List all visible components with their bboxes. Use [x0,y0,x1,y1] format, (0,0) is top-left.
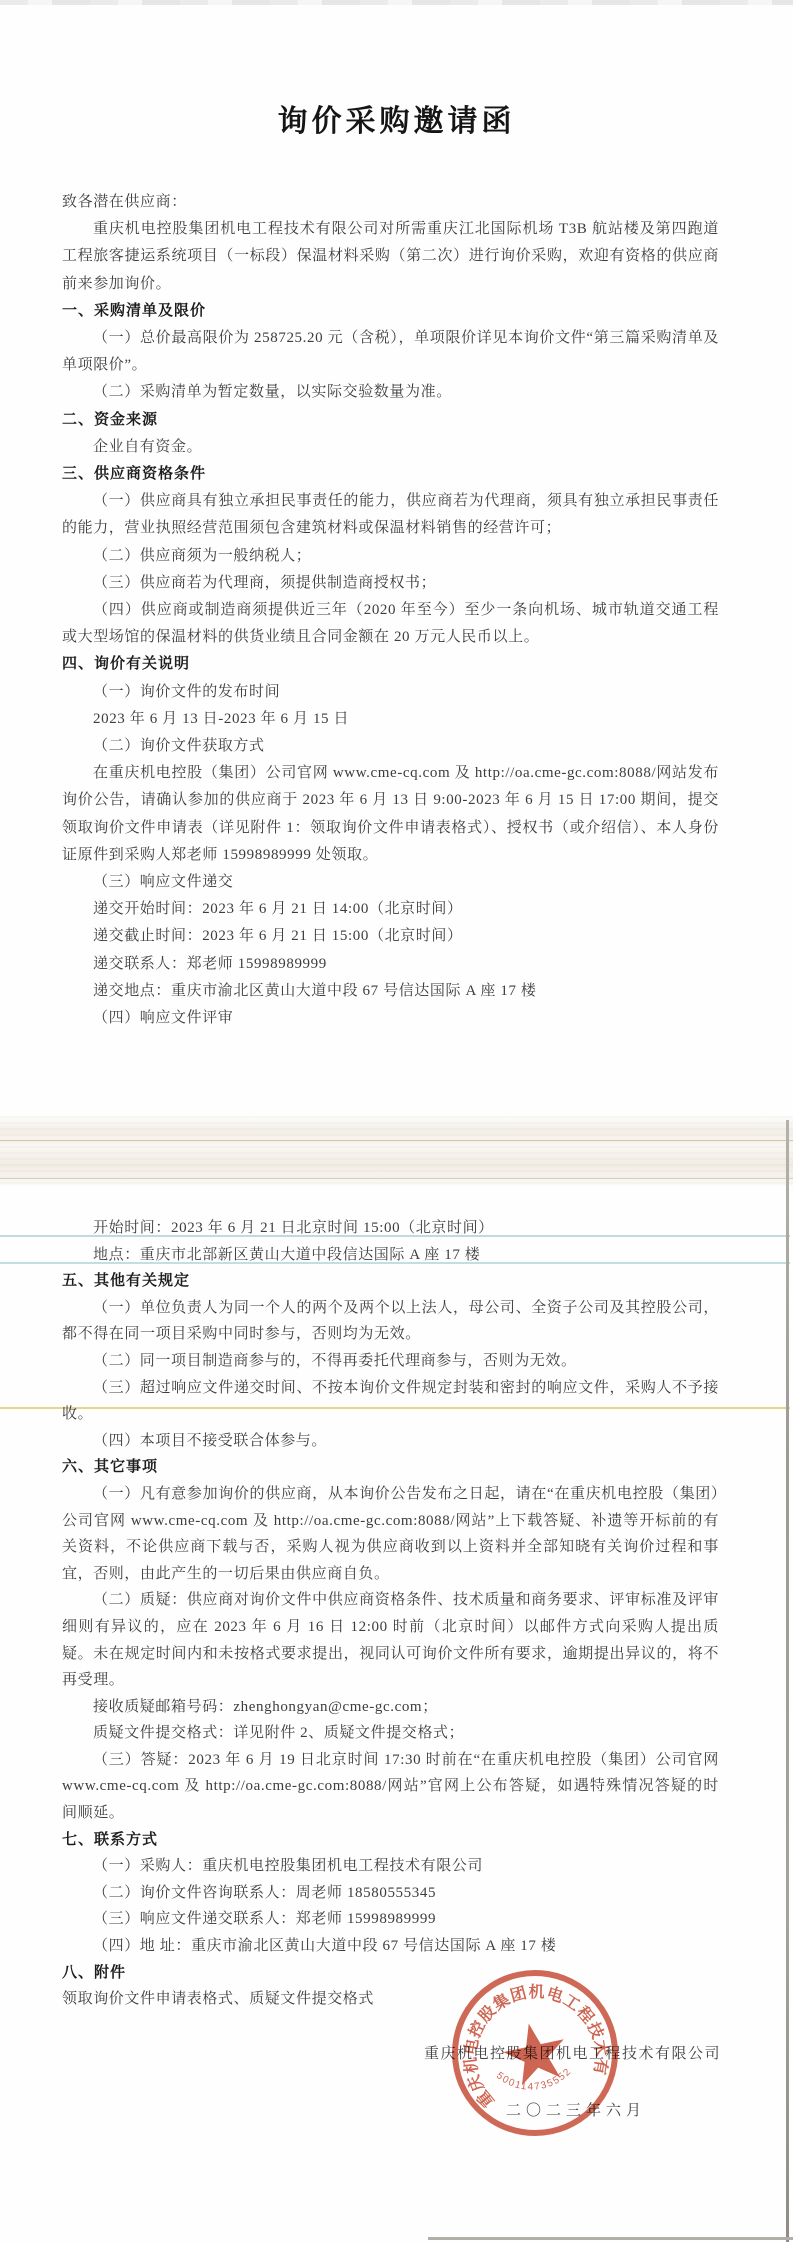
paragraph: （二）采购清单为暂定数量，以实际交验数量为准。 [62,379,719,406]
scan-seam-band [0,1116,793,1186]
paragraph: （一）总价最高限价为 258725.20 元（含税），单项限价详见本询价文件“第… [62,325,719,379]
page1-body: 致各潜在供应商：重庆机电控股集团机电工程技术有限公司对所需重庆江北国际机场 T3… [62,189,719,1032]
scan-page-edge [786,1120,789,2242]
paragraph: （四）本项目不接受联合体参与。 [62,1428,719,1455]
section-heading: 六、其它事项 [62,1454,719,1481]
paragraph: （二）同一项目制造商参与的，不得再委托代理商参与，否则为无效。 [62,1348,719,1375]
paragraph: 致各潜在供应商： [62,189,719,216]
paragraph: （一）采购人：重庆机电控股集团机电工程技术有限公司 [62,1853,719,1880]
section-heading: 八、附件 [62,1960,719,1987]
paragraph: 递交截止时间：2023 年 6 月 21 日 15:00（北京时间） [62,923,719,950]
paragraph: （一）询价文件的发布时间 [62,679,719,706]
scan-page-edge [428,2237,793,2240]
section-heading: 四、询价有关说明 [62,651,719,678]
section-heading: 二、资金来源 [62,407,719,434]
section-heading: 七、联系方式 [62,1827,719,1854]
section-heading: 一、采购清单及限价 [62,298,719,325]
paragraph: （三）答疑：2023 年 6 月 19 日北京时间 17:30 时前在“在重庆机… [62,1747,719,1827]
paragraph: 2023 年 6 月 13 日-2023 年 6 月 15 日 [62,706,719,733]
scan-noise-top-strip [0,0,793,5]
paragraph: （四）响应文件评审 [62,1005,719,1032]
paragraph: 接收质疑邮箱号码：zhenghongyan@cme-gc.com； [62,1694,719,1721]
paragraph: 递交开始时间：2023 年 6 月 21 日 14:00（北京时间） [62,896,719,923]
paragraph: （二）质疑：供应商对询价文件中供应商资格条件、技术质量和商务要求、评审标准及评审… [62,1587,719,1693]
document-title: 询价采购邀请函 [0,96,793,140]
paragraph: 递交联系人：郑老师 15998989999 [62,951,719,978]
paragraph: （二）询价文件获取方式 [62,733,719,760]
scan-artifact-line [0,1178,793,1179]
paragraph: 质疑文件提交格式：详见附件 2、质疑文件提交格式； [62,1720,719,1747]
paragraph: 递交地点：重庆市渝北区黄山大道中段 67 号信达国际 A 座 17 楼 [62,978,719,1005]
paragraph: 在重庆机电控股（集团）公司官网 www.cme-cq.com 及 http://… [62,760,719,869]
section-heading: 五、其他有关规定 [62,1268,719,1295]
paragraph: （一）供应商具有独立承担民事责任的能力，供应商若为代理商，须具有独立承担民事责任… [62,488,719,542]
section-heading: 三、供应商资格条件 [62,461,719,488]
scan-artifact-line [0,1140,793,1141]
paragraph: （三）供应商若为代理商，须提供制造商授权书； [62,570,719,597]
paragraph: （三）超过响应文件递交时间、不按本询价文件规定封装和密封的响应文件，采购人不予接… [62,1375,719,1428]
paragraph: （四）地 址：重庆市渝北区黄山大道中段 67 号信达国际 A 座 17 楼 [62,1933,719,1960]
paragraph: （一）凡有意参加询价的供应商，从本询价公告发布之日起，请在“在重庆机电控股（集团… [62,1481,719,1587]
paragraph: （一）单位负责人为同一个人的两个及两个以上法人，母公司、全资子公司及其控股公司，… [62,1295,719,1348]
paragraph: （二）供应商须为一般纳税人； [62,543,719,570]
paragraph: （三）响应文件递交 [62,869,719,896]
paragraph: 企业自有资金。 [62,434,719,461]
page2-body: 开始时间：2023 年 6 月 21 日北京时间 15:00（北京时间）地点：重… [62,1215,719,2013]
company-seal: 重庆机电控股集团机电工程技术有限公司 500114735552 [432,1950,638,2156]
paragraph: 重庆机电控股集团机电工程技术有限公司对所需重庆江北国际机场 T3B 航站楼及第四… [62,216,719,298]
paragraph: （四）供应商或制造商须提供近三年（2020 年至今）至少一条向机场、城市轨道交通… [62,597,719,651]
paragraph: （三）响应文件递交联系人：郑老师 15998989999 [62,1906,719,1933]
paragraph: 地点：重庆市北部新区黄山大道中段信达国际 A 座 17 楼 [62,1242,719,1269]
paragraph: 领取询价文件申请表格式、质疑文件提交格式 [62,1986,719,2013]
paragraph: 开始时间：2023 年 6 月 21 日北京时间 15:00（北京时间） [62,1215,719,1242]
paragraph: （二）询价文件咨询联系人：周老师 18580555345 [62,1880,719,1907]
